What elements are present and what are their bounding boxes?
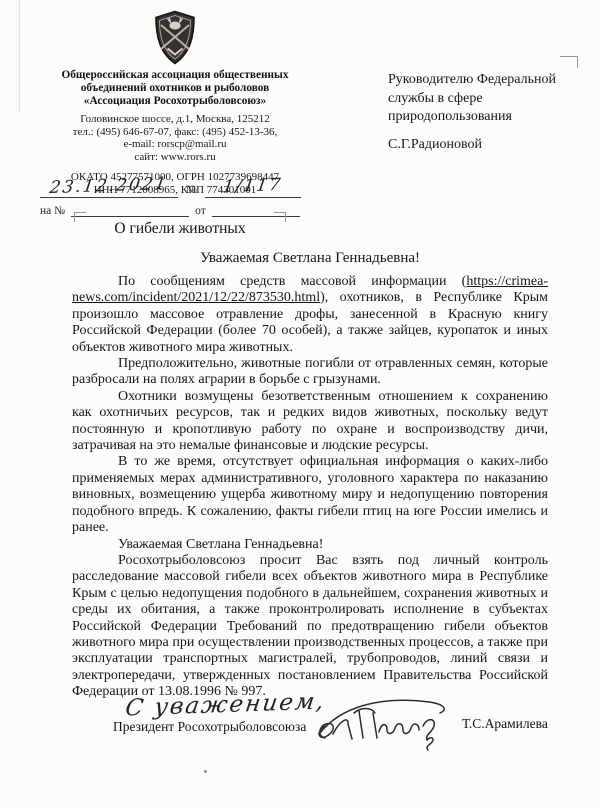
corner-mark-right-icon (274, 212, 286, 222)
signature-icon (313, 692, 471, 752)
paragraph-6: Росохотрыболовсоюз просит Вас взять под … (72, 553, 548, 701)
scan-artifact-line (19, 0, 20, 112)
signer-title: Президент Росохотрыболовсоюза (113, 719, 306, 735)
org-address: Головинское шоссе, д.1, Москва, 125212 (30, 113, 320, 126)
signer-name: Т.С.Арамилева (462, 716, 548, 732)
subject-line: О гибели животных (74, 220, 286, 238)
org-name-line-3: «Ассоциация Росохотрыболовсоюз» (30, 95, 320, 108)
corner-mark-left-icon (74, 212, 86, 222)
recipient-block: Руководителю Федеральной службы в сфере … (388, 71, 580, 154)
paragraph-5-salutation-repeat: Уважаемая Светлана Геннадьевна! (72, 537, 548, 553)
recipient-line-1: Руководителю Федеральной (388, 71, 580, 90)
subject-zone: О гибели животных (74, 212, 286, 244)
org-email: e-mail: rorscp@mail.ru (30, 138, 320, 151)
corner-mark-recipient-icon (560, 56, 578, 68)
paragraph-3: Охотники возмущены безответственным отно… (72, 389, 548, 455)
regards-handwritten: С уважением, (124, 689, 328, 722)
org-website: сайт: www.rors.ru (30, 151, 320, 164)
letterhead: Общероссийская ассоциация общественных о… (30, 10, 320, 196)
org-name-line-1: Общероссийская ассоциация общественных (30, 69, 320, 82)
number-sign-label: № (186, 184, 197, 196)
paragraph-1-text-before-link: По сообщениям средств массовой информаци… (118, 274, 466, 289)
org-phone-fax: тел.: (495) 646-67-07, факс: (495) 452-1… (30, 126, 320, 139)
org-name-line-2: объединений охотников и рыболовов (30, 82, 320, 95)
letter-body: По сообщениям средств массовой информаци… (72, 274, 548, 701)
paragraph-4: В то же время, отсутствует официальная и… (72, 454, 548, 536)
salutation: Уважаемая Светлана Геннадьевна! (72, 250, 548, 267)
scanned-letter-page: Общероссийская ассоциация общественных о… (0, 0, 600, 808)
recipient-line-3: природопользования (388, 108, 580, 127)
paragraph-1: По сообщениям средств массовой информаци… (72, 274, 548, 356)
outgoing-date-handwritten: 23.12.2021 (49, 174, 170, 198)
outgoing-number-handwritten: 1/117 (222, 175, 284, 197)
hunters-fishers-crest-icon (152, 10, 198, 65)
paragraph-2: Предположительно, животные погибли от от… (72, 356, 548, 389)
recipient-line-2: службы в сфере (388, 90, 580, 109)
recipient-name: С.Г.Радионовой (388, 136, 580, 155)
outgoing-ref-row: 23.12.2021 № 1/117 (40, 176, 301, 198)
scan-speckle (204, 770, 207, 773)
reply-number-label: на № (40, 205, 65, 217)
